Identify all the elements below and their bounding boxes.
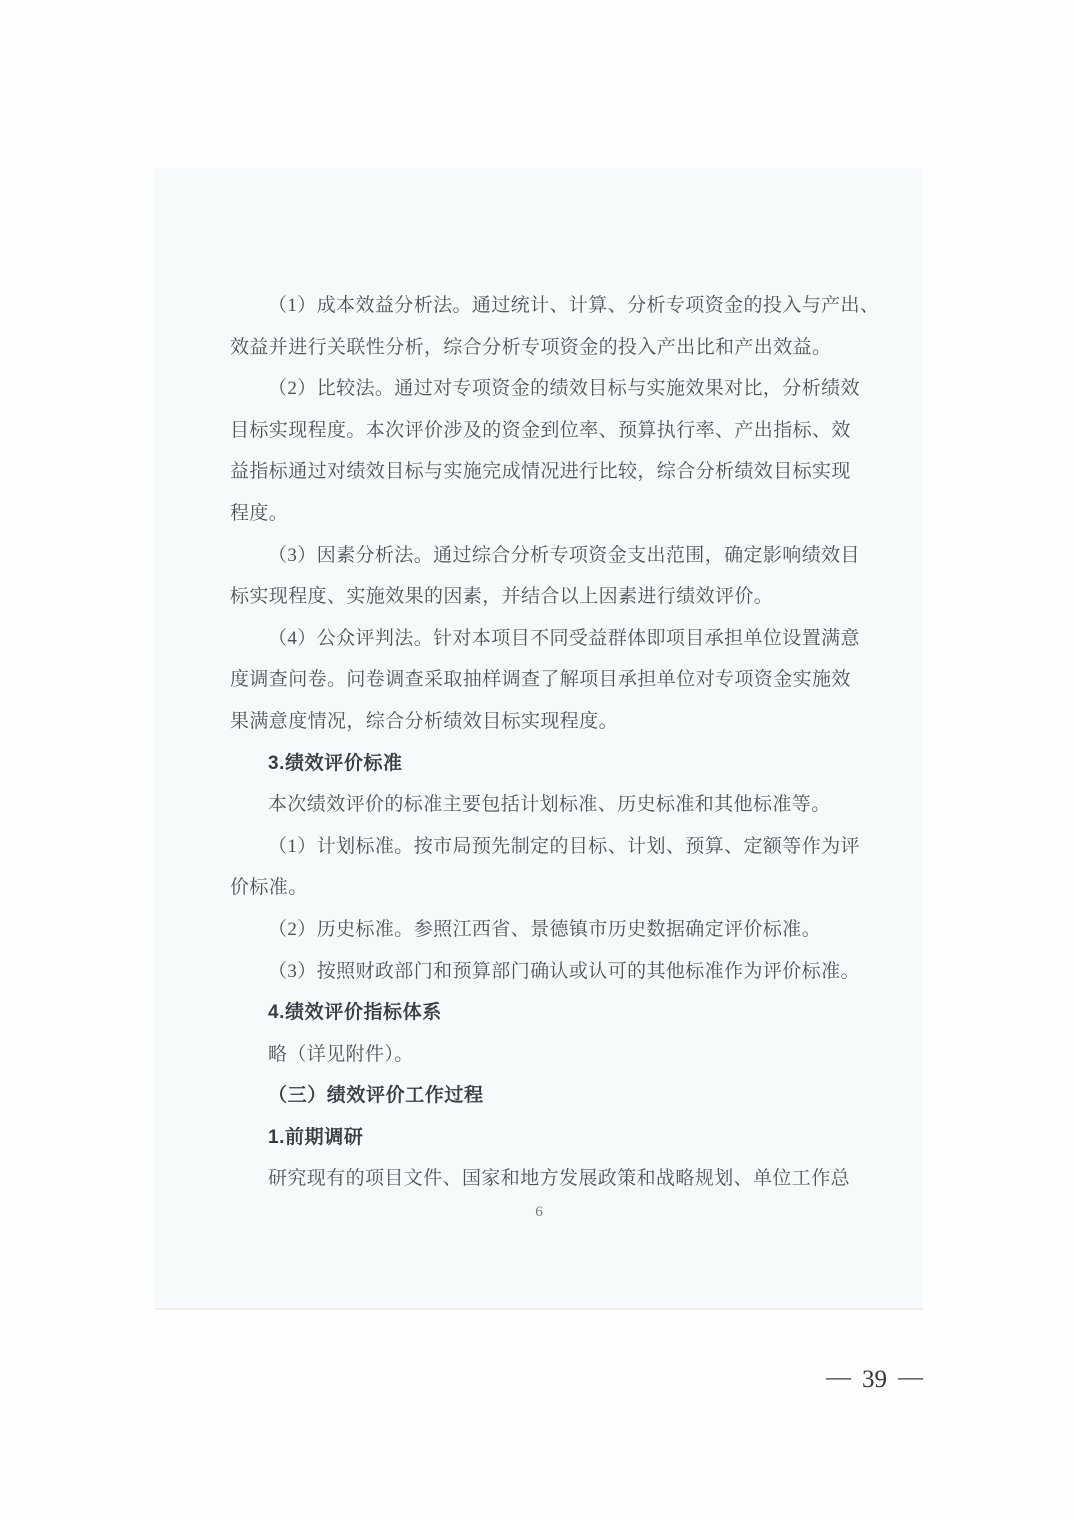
- text-line: （三）绩效评价工作过程: [230, 1075, 890, 1117]
- document-body: （1）成本效益分析法。通过统计、计算、分析专项资金的投入与产出、效益并进行关联性…: [230, 285, 890, 1200]
- footer-page-number: 39: [862, 1366, 887, 1394]
- text-line: （2）比较法。通过对专项资金的绩效目标与实施效果对比，分析绩效: [230, 368, 890, 410]
- text-line: 果满意度情况，综合分析绩效目标实现程度。: [230, 701, 890, 743]
- text-line: （1）计划标准。按市局预先制定的目标、计划、预算、定额等作为评: [230, 826, 890, 868]
- page-number-center: 6: [155, 1204, 923, 1221]
- text-line: （3）按照财政部门和预算部门确认或认可的其他标准作为评价标准。: [230, 951, 890, 993]
- text-line: 标实现程度、实施效果的因素，并结合以上因素进行绩效评价。: [230, 576, 890, 618]
- text-line: 本次绩效评价的标准主要包括计划标准、历史标准和其他标准等。: [230, 784, 890, 826]
- text-line: （1）成本效益分析法。通过统计、计算、分析专项资金的投入与产出、: [230, 285, 890, 327]
- text-line: （2）历史标准。参照江西省、景德镇市历史数据确定评价标准。: [230, 909, 890, 951]
- text-line: 目标实现程度。本次评价涉及的资金到位率、预算执行率、产出指标、效: [230, 410, 890, 452]
- footer-folio: — 39 —: [826, 1366, 923, 1394]
- text-line: （4）公众评判法。针对本项目不同受益群体即项目承担单位设置满意: [230, 618, 890, 660]
- scanned-document-page: （1）成本效益分析法。通过统计、计算、分析专项资金的投入与产出、效益并进行关联性…: [0, 0, 1074, 1520]
- text-line: 1.前期调研: [230, 1117, 890, 1159]
- text-line: 度调查问卷。问卷调查采取抽样调查了解项目承担单位对专项资金实施效: [230, 659, 890, 701]
- text-line: 3.绩效评价标准: [230, 743, 890, 785]
- text-line: 略（详见附件）。: [230, 1034, 890, 1076]
- text-line: （3）因素分析法。通过综合分析专项资金支出范围，确定影响绩效目: [230, 535, 890, 577]
- text-line: 益指标通过对绩效目标与实施完成情况进行比较，综合分析绩效目标实现: [230, 451, 890, 493]
- text-line: 效益并进行关联性分析，综合分析专项资金的投入产出比和产出效益。: [230, 327, 890, 369]
- text-line: 研究现有的项目文件、国家和地方发展政策和战略规划、单位工作总: [230, 1158, 890, 1200]
- text-line: 价标准。: [230, 867, 890, 909]
- footer-dash-left: —: [826, 1364, 851, 1392]
- text-line: 4.绩效评价指标体系: [230, 992, 890, 1034]
- footer-dash-right: —: [898, 1364, 923, 1392]
- text-line: 程度。: [230, 493, 890, 535]
